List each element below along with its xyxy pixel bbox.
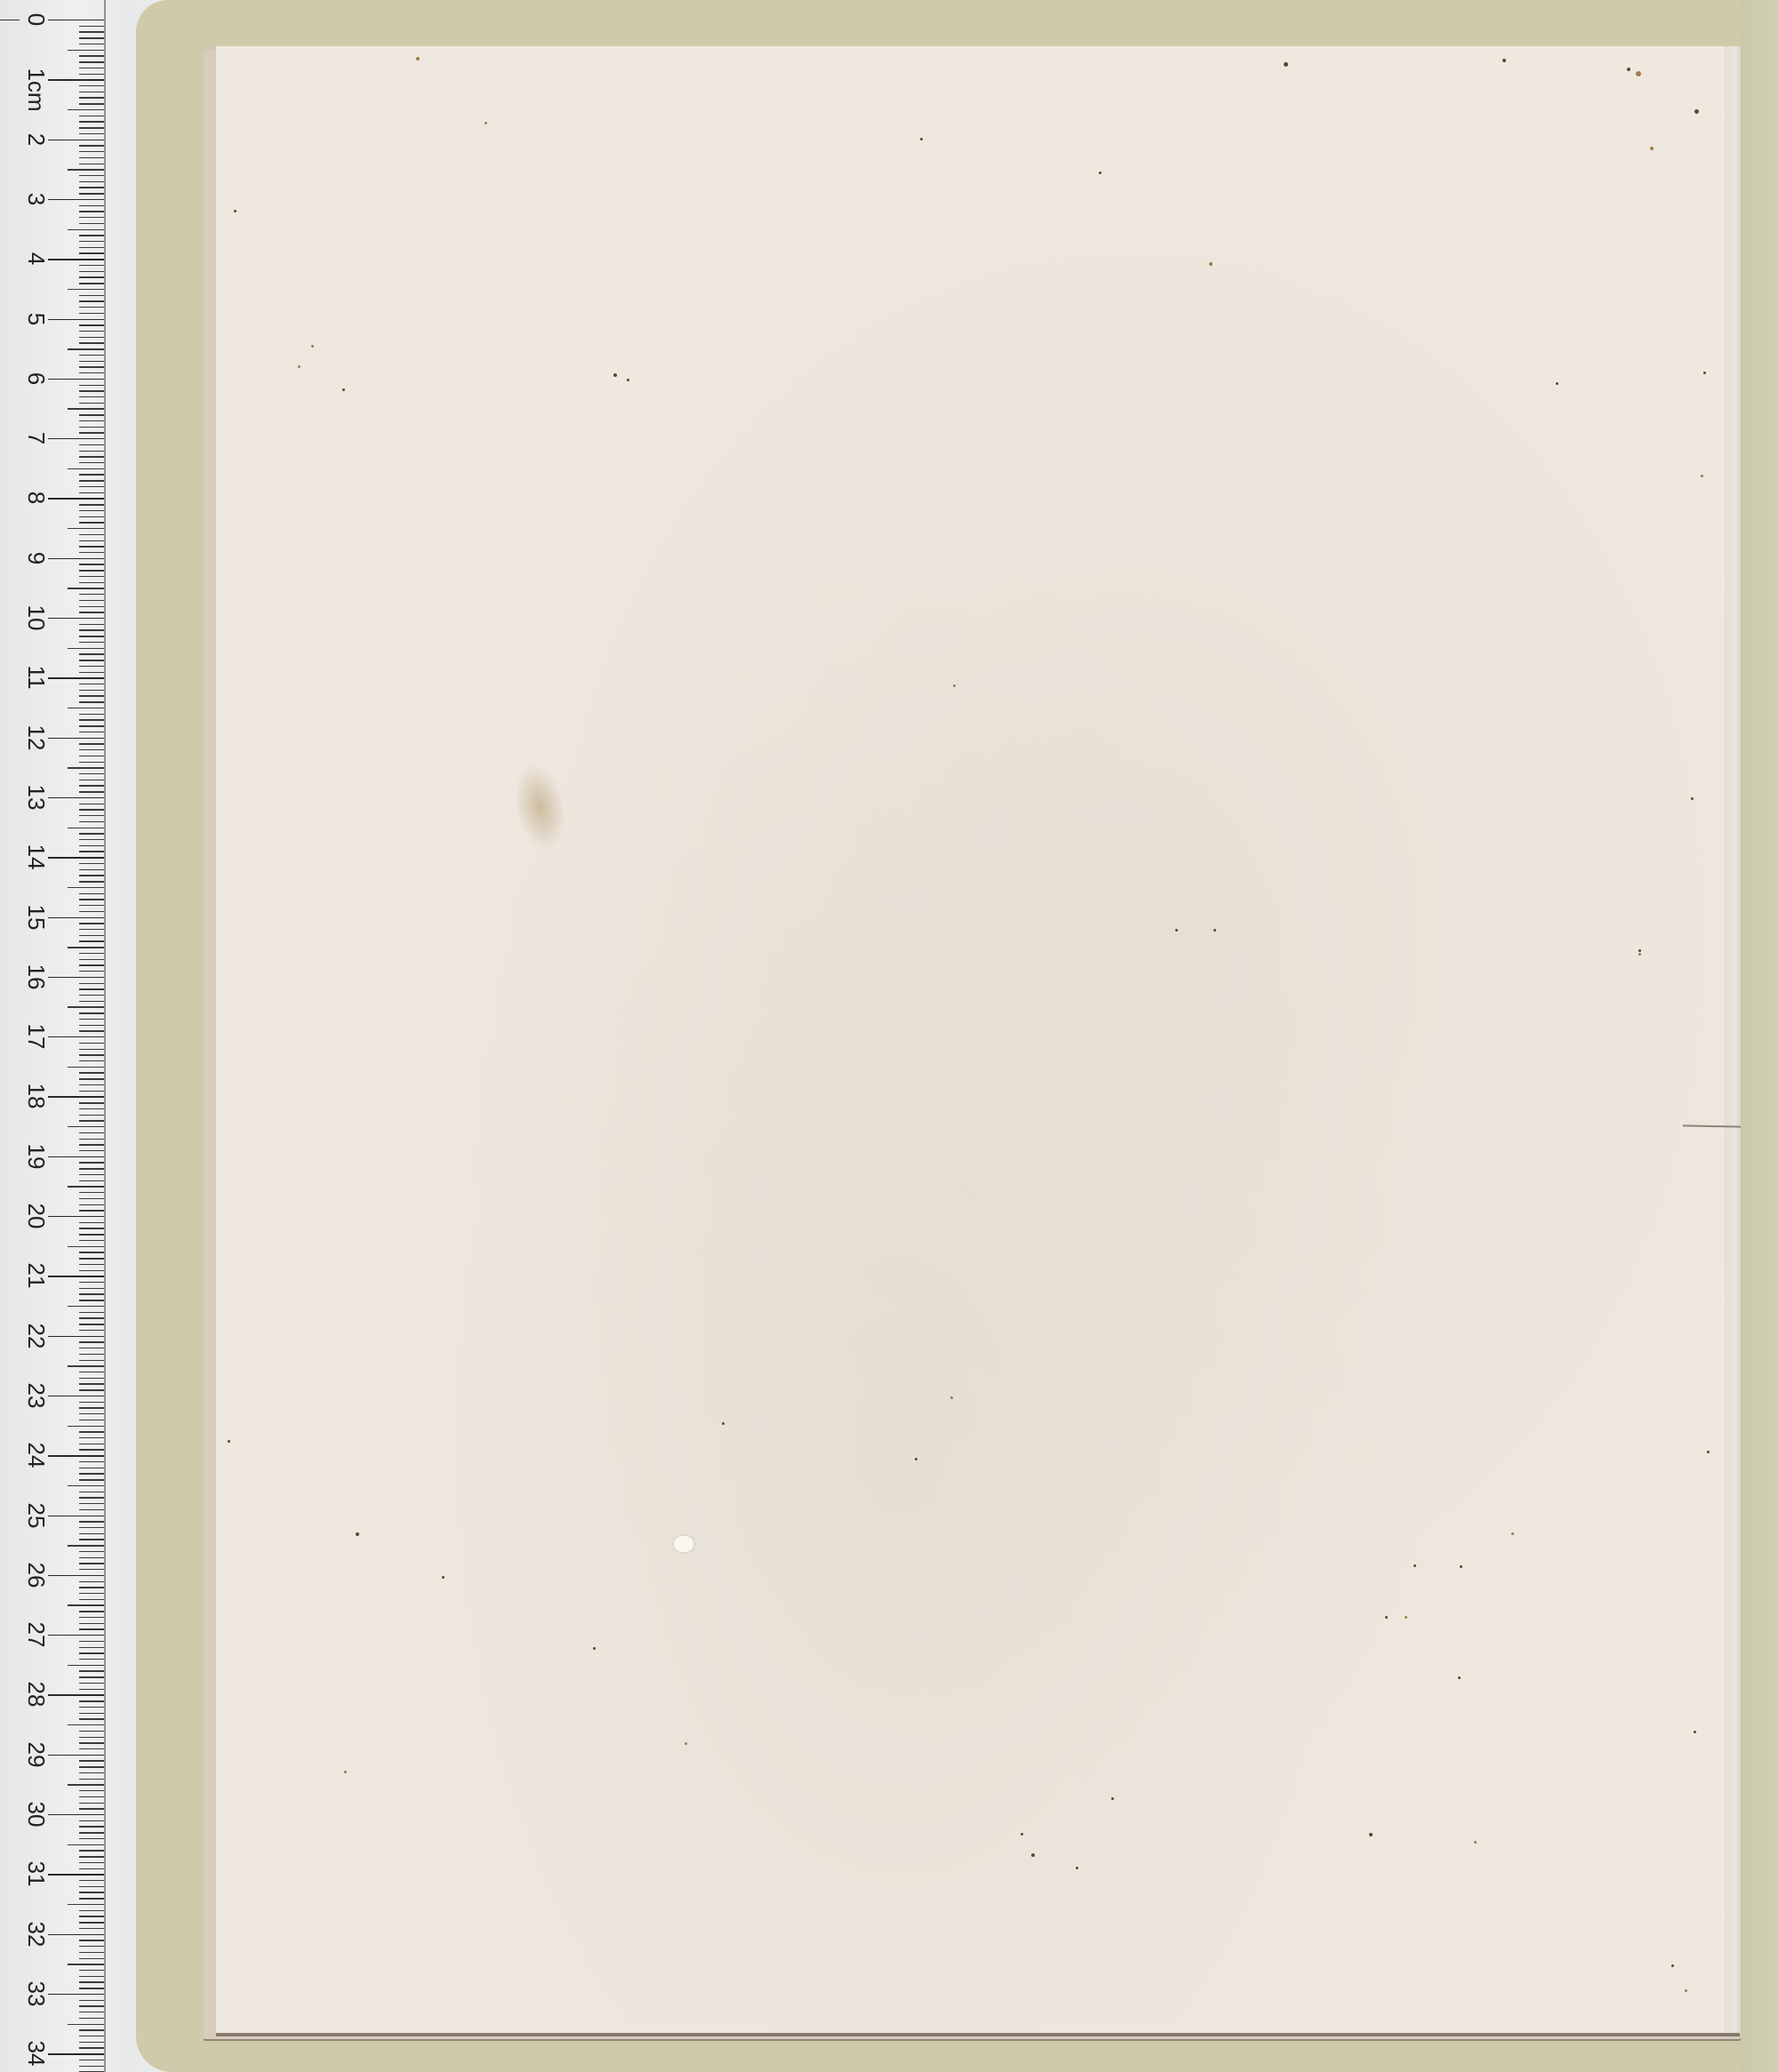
measuring-ruler: 01cm234567891011121314151617181920212223… [0, 0, 133, 2072]
ruler-tick [79, 1192, 104, 1193]
foxing-spot [1502, 59, 1506, 62]
ruler-tick [79, 749, 104, 750]
ruler-tick [79, 666, 104, 667]
ruler-tick [79, 151, 104, 152]
ruler-tick [79, 342, 104, 343]
ruler-tick [79, 899, 104, 900]
ruler-label: 29 [23, 1732, 50, 1777]
ruler-tick [79, 869, 104, 870]
ruler-tick [79, 444, 104, 445]
ruler-tick [79, 743, 104, 744]
ruler-tick [79, 851, 104, 852]
ruler-tick [68, 1246, 104, 1247]
ruler-tick [79, 1210, 104, 1211]
ruler-tick [79, 1587, 104, 1588]
ruler-tick [79, 307, 104, 308]
ruler-tick [48, 977, 104, 978]
ruler-tick [79, 1689, 104, 1690]
ruler-tick [79, 247, 104, 248]
foxing-spot [1685, 1989, 1687, 1992]
ruler-tick [79, 1868, 104, 1869]
ruler-tick [48, 1635, 104, 1636]
ruler-tick [68, 1006, 104, 1007]
ruler-tick [79, 127, 104, 128]
ruler-tick [68, 1485, 104, 1486]
ruler-tick [68, 1724, 104, 1725]
ruler-tick [48, 140, 104, 140]
ruler-tick [79, 1683, 104, 1684]
ruler-tick [48, 917, 104, 918]
ruler-tick [79, 762, 104, 763]
ruler-tick [79, 695, 104, 696]
foxing-spot [311, 345, 314, 348]
ruler-tick [79, 1437, 104, 1438]
ruler-tick [79, 1503, 104, 1504]
ruler-tick [79, 1049, 104, 1050]
foxing-spot [1076, 1867, 1078, 1869]
ruler-tick [79, 1808, 104, 1809]
foxing-spot [1099, 172, 1101, 174]
ruler-tick [79, 606, 104, 607]
ruler-tick [79, 462, 104, 463]
ruler-tick [79, 1981, 104, 1982]
ruler-tick [79, 390, 104, 391]
foxing-spot [1701, 475, 1703, 477]
ruler-tick [79, 1204, 104, 1205]
ruler-tick [79, 911, 104, 912]
ruler-tick [79, 1407, 104, 1408]
ruler-tick [79, 1461, 104, 1462]
ruler-tick [79, 552, 104, 553]
ruler-tick [79, 725, 104, 726]
ruler-tick [79, 1700, 104, 1701]
ruler-tick [79, 432, 104, 433]
ruler-tick [79, 1533, 104, 1534]
ruler-tick [79, 31, 104, 32]
ruler-tick [68, 1306, 104, 1307]
ruler-tick [79, 97, 104, 98]
ruler-tick [79, 935, 104, 936]
ruler-tick [79, 1766, 104, 1767]
ruler-tick [79, 223, 104, 224]
ruler-label: 34 [23, 2031, 50, 2072]
ruler-tick [48, 618, 104, 619]
ruler-tick [48, 438, 104, 439]
ruler-tick [79, 1389, 104, 1390]
ruler-tick [79, 1413, 104, 1414]
ruler-tick [79, 672, 104, 673]
ruler-tick [79, 1623, 104, 1624]
ruler-label: 9 [23, 536, 50, 580]
ruler-tick [79, 2005, 104, 2006]
ruler-tick [79, 55, 104, 56]
ruler-tick [48, 1575, 104, 1576]
ruler-tick [79, 1132, 104, 1133]
ruler-tick [79, 1479, 104, 1480]
foxing-spot [1636, 71, 1641, 76]
ruler-tick [79, 1341, 104, 1342]
ruler-tick [79, 1360, 104, 1361]
ruler-tick [79, 164, 104, 164]
ruler-tick [79, 1198, 104, 1199]
ruler-tick [79, 576, 104, 577]
ruler-edge [104, 0, 106, 2072]
ruler-tick [79, 366, 104, 367]
ruler-tick [68, 1665, 104, 1666]
ruler-tick [79, 1025, 104, 1026]
ruler-tick [79, 313, 104, 314]
ruler-tick [79, 1012, 104, 1013]
ruler-tick [79, 1838, 104, 1839]
foxing-spot [593, 1647, 596, 1650]
ruler-tick [68, 1964, 104, 1964]
ruler-tick [79, 636, 104, 636]
ruler-tick [79, 205, 104, 206]
ruler-tick [79, 893, 104, 894]
ruler-tick [79, 2047, 104, 2048]
ruler-tick [79, 570, 104, 571]
ruler-tick [79, 959, 104, 960]
ruler-tick [79, 145, 104, 146]
binding-spine [1725, 46, 1741, 2034]
foxing-spot [1209, 262, 1213, 266]
ruler-tick [79, 1593, 104, 1594]
ruler-tick [68, 1784, 104, 1785]
ruler-tick [79, 684, 104, 684]
ruler-tick [79, 385, 104, 386]
ruler-tick [79, 414, 104, 415]
ruler-tick [79, 1976, 104, 1977]
foxing-spot [722, 1422, 725, 1425]
ruler-tick [68, 1186, 104, 1187]
ruler-tick [79, 791, 104, 792]
ruler-tick [79, 1539, 104, 1540]
ruler-label: 2 [23, 117, 50, 162]
ruler-tick [68, 109, 104, 110]
ruler-tick [79, 1898, 104, 1899]
ruler-tick [48, 379, 104, 380]
ruler-tick [79, 1282, 104, 1283]
ruler-tick [79, 1378, 104, 1379]
ruler-tick [68, 229, 104, 230]
foxing-spot [1694, 109, 1699, 114]
ruler-tick [79, 1372, 104, 1372]
ruler-label: 5 [23, 297, 50, 341]
ruler-label: 15 [23, 895, 50, 940]
ruler-tick [48, 1874, 104, 1875]
ruler-tick [68, 2024, 104, 2025]
ruler-tick [79, 1779, 104, 1780]
ruler-tick [79, 540, 104, 541]
ruler-tick [79, 355, 104, 356]
ruler-tick [79, 403, 104, 404]
ruler-label: 22 [23, 1314, 50, 1358]
ruler-tick [68, 528, 104, 529]
ruler-tick [48, 1694, 104, 1695]
ruler-tick [79, 252, 104, 253]
ruler-tick [79, 331, 104, 332]
ruler-tick [79, 1354, 104, 1355]
ruler-tick [68, 1365, 104, 1366]
ruler-tick [79, 1402, 104, 1403]
ruler-tick [79, 480, 104, 481]
ruler-tick [79, 1670, 104, 1671]
foxing-spot [1111, 1797, 1114, 1800]
ruler-tick [79, 1317, 104, 1318]
ruler-tick [79, 534, 104, 535]
ruler-tick [79, 1563, 104, 1564]
ruler-tick [79, 971, 104, 972]
ruler-label: 20 [23, 1194, 50, 1238]
foxing-spot [1650, 147, 1654, 150]
ruler-tick [48, 498, 104, 499]
ruler-label: 25 [23, 1493, 50, 1538]
ruler-tick [79, 1850, 104, 1851]
ruler-label: 28 [23, 1672, 50, 1716]
ruler-tick [79, 1737, 104, 1738]
ruler-tick [79, 1659, 104, 1660]
ruler-label: 4 [23, 236, 50, 281]
ruler-label: 27 [23, 1612, 50, 1657]
ruler-tick [79, 929, 104, 930]
ruler-tick [79, 1240, 104, 1241]
ruler-label: 17 [23, 1014, 50, 1059]
ruler-tick [79, 905, 104, 906]
ruler-tick [79, 1916, 104, 1916]
ruler-tick [79, 1641, 104, 1642]
ruler-tick [79, 1551, 104, 1552]
ruler-tick [79, 2012, 104, 2012]
ruler-tick [79, 1228, 104, 1228]
ruler-tick [79, 629, 104, 630]
foxing-spot [485, 122, 487, 124]
ruler-tick [79, 1862, 104, 1863]
ruler-tick [79, 2042, 104, 2043]
ruler-tick [79, 940, 104, 941]
foxing-spot [1175, 929, 1178, 932]
ruler-tick [48, 677, 104, 678]
ruler-tick [79, 492, 104, 493]
ruler-tick [79, 1617, 104, 1618]
ruler-tick [79, 1144, 104, 1145]
ruler-tick [79, 1940, 104, 1940]
ruler-tick [79, 1258, 104, 1259]
ruler-tick [79, 271, 104, 272]
ruler-tick [48, 1276, 104, 1276]
ruler-tick [68, 1067, 104, 1068]
ruler-label: 7 [23, 416, 50, 460]
ruler-tick [79, 821, 104, 822]
foxing-spot [416, 57, 420, 60]
ruler-tick [79, 995, 104, 996]
ruler-tick [79, 1718, 104, 1719]
ruler-tick [68, 767, 104, 768]
ruler-label: 26 [23, 1553, 50, 1597]
ruler-tick [48, 1216, 104, 1217]
ruler-tick [79, 1910, 104, 1911]
ruler-tick [79, 1312, 104, 1313]
ruler-tick [79, 157, 104, 158]
ruler-tick [79, 875, 104, 876]
ruler-tick [79, 26, 104, 27]
ruler-tick [68, 348, 104, 349]
ruler-tick [79, 1168, 104, 1169]
ruler-tick [79, 451, 104, 452]
ruler-tick [48, 1455, 104, 1456]
ruler-tick [79, 983, 104, 984]
ruler-tick [48, 1336, 104, 1337]
ruler-zero-line [0, 20, 20, 20]
ruler-label: 32 [23, 1912, 50, 1956]
ruler-tick [79, 181, 104, 182]
ruler-tick [79, 486, 104, 487]
ruler-tick [79, 1001, 104, 1002]
ruler-label: 24 [23, 1433, 50, 1477]
ruler-tick [79, 1790, 104, 1791]
foxing-spot [915, 1458, 917, 1460]
ruler-tick [79, 1509, 104, 1510]
ruler-tick [79, 1742, 104, 1743]
ruler-tick [68, 50, 104, 51]
foxing-spot [1369, 1833, 1373, 1836]
ruler-tick [79, 1330, 104, 1331]
ruler-tick [79, 2029, 104, 2030]
ruler-tick [79, 1174, 104, 1175]
ruler-tick [79, 1731, 104, 1732]
foxing-spot [1405, 1616, 1407, 1619]
ruler-label: 13 [23, 775, 50, 820]
ruler-tick [48, 1036, 104, 1037]
ruler-tick [79, 1383, 104, 1384]
ruler-tick [79, 964, 104, 965]
ruler-tick [68, 1126, 104, 1127]
ruler-tick [79, 1420, 104, 1420]
ruler-tick [79, 1599, 104, 1600]
paper-abrasion [674, 1536, 693, 1552]
ruler-tick [79, 37, 104, 38]
ruler-tick [68, 1545, 104, 1546]
ruler-tick [79, 1252, 104, 1252]
ruler-tick [79, 1707, 104, 1708]
ruler-tick [79, 1270, 104, 1271]
ruler-tick [79, 1139, 104, 1140]
ruler-tick [79, 953, 104, 954]
ruler-tick [68, 947, 104, 948]
ruler-tick [79, 2036, 104, 2036]
foxing-spot [1627, 68, 1630, 71]
ruler-tick [79, 116, 104, 116]
ruler-tick [79, 1120, 104, 1121]
ruler-label: 30 [23, 1792, 50, 1836]
ruler-tick [79, 510, 104, 511]
ruler-tick [79, 1150, 104, 1151]
ruler-tick [79, 1803, 104, 1804]
ruler-tick [79, 61, 104, 62]
ruler-label: 8 [23, 476, 50, 520]
ruler-tick [79, 1468, 104, 1468]
ruler-tick [79, 1264, 104, 1265]
ruler-tick [48, 2053, 104, 2054]
ruler-tick [79, 600, 104, 601]
ruler-tick [79, 396, 104, 397]
ruler-tick [79, 474, 104, 475]
ruler-tick [79, 193, 104, 194]
ruler-tick [79, 546, 104, 547]
ruler-tick [79, 324, 104, 325]
ruler-tick [48, 1396, 104, 1396]
ruler-tick [79, 594, 104, 595]
ruler-label: 21 [23, 1253, 50, 1298]
ruler-tick [79, 714, 104, 715]
ruler-tick [79, 1492, 104, 1492]
foxing-spot [920, 138, 923, 140]
ruler-tick [68, 169, 104, 170]
ruler-label: 18 [23, 1074, 50, 1118]
mount-board-right [1741, 0, 1778, 2072]
ruler-tick [79, 756, 104, 756]
ruler-tick [48, 1934, 104, 1935]
foxing-spot [234, 210, 236, 212]
ruler-tick [48, 1814, 104, 1815]
ruler-tick [79, 300, 104, 301]
ruler-tick [79, 1880, 104, 1881]
ruler-tick [79, 1922, 104, 1923]
ruler-tick [79, 1886, 104, 1887]
ruler-tick [79, 1760, 104, 1761]
ruler-tick [79, 241, 104, 242]
ruler-tick [79, 1497, 104, 1498]
ruler-label: 12 [23, 716, 50, 760]
foxing-spot [1414, 1564, 1416, 1567]
foxing-spot [1638, 953, 1641, 956]
ruler-tick [48, 1096, 104, 1097]
ruler-tick [79, 1676, 104, 1677]
ruler-tick [48, 558, 104, 559]
ruler-tick [79, 1115, 104, 1116]
ruler-label: 0 [23, 0, 50, 42]
ruler-tick [79, 773, 104, 774]
ruler-label: 31 [23, 1852, 50, 1896]
ruler-tick [79, 612, 104, 612]
foxing-spot [953, 684, 956, 687]
ruler-tick [68, 1844, 104, 1845]
ruler-tick [79, 1952, 104, 1953]
ruler-tick [79, 624, 104, 625]
foxing-spot [1474, 1841, 1477, 1844]
ruler-tick [68, 468, 104, 469]
ruler-tick [79, 1449, 104, 1450]
ruler-tick [79, 1444, 104, 1444]
foxing-spot [1703, 372, 1706, 374]
foxing-spot [1385, 1616, 1388, 1619]
ruler-tick [79, 1557, 104, 1558]
foxing-spot [228, 1440, 230, 1443]
ruler-label: 16 [23, 955, 50, 999]
foxing-spot [1511, 1532, 1514, 1535]
ruler-tick [79, 235, 104, 236]
ruler-tick [68, 289, 104, 290]
ruler-tick [79, 719, 104, 720]
foxing-spot [685, 1742, 687, 1745]
foxing-spot [1213, 929, 1216, 932]
ruler-tick [79, 815, 104, 816]
foxing-spot [1556, 382, 1558, 385]
foxing-spot [1460, 1565, 1462, 1568]
ruler-tick [48, 797, 104, 798]
ruler-tick [48, 1994, 104, 1995]
ruler-label: 23 [23, 1373, 50, 1418]
ruler-tick [79, 1527, 104, 1528]
